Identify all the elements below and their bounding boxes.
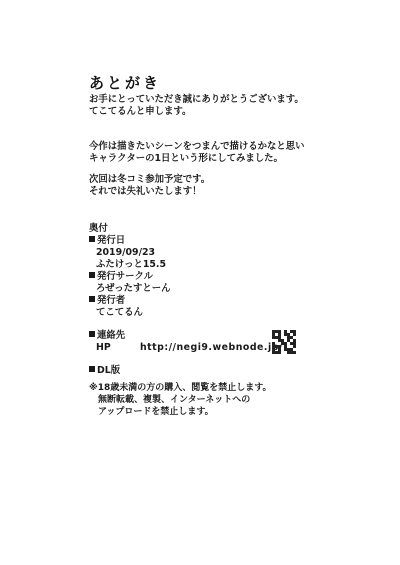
text-line: 今作は描きたいシーンをつまんで描けるかなと思い	[89, 141, 304, 153]
hp-label: HP	[89, 342, 140, 354]
dl-label-row: DL版	[89, 365, 283, 377]
text-line: 次回は冬コミ参加予定です。	[89, 174, 210, 186]
event-name: ふたけっと15.5	[89, 259, 283, 271]
square-bullet-icon	[89, 272, 95, 278]
issue-date: 2019/09/23	[89, 247, 283, 259]
issue-date-label-row: 発行日	[89, 235, 283, 247]
publisher-label: 発行者	[97, 295, 125, 306]
circle-label-row: 発行サークル	[89, 271, 283, 283]
square-bullet-icon	[89, 236, 95, 242]
afterword-paragraph-3: 次回は冬コミ参加予定です。 それでは失礼いたします！	[89, 174, 210, 198]
text-line: お手にとっていただき誠にありがとうございます。	[89, 94, 304, 106]
text-line: それでは失礼いたします！	[89, 186, 210, 198]
square-bullet-icon	[89, 366, 95, 372]
dl-label: DL版	[97, 365, 120, 376]
homepage-url: http://negi9.webnode.jp/	[140, 342, 283, 354]
text-line: てこてるんと申します。	[89, 106, 304, 118]
square-bullet-icon	[89, 296, 95, 302]
notice-line: ※18歳未満の方の購入、閲覧を禁止します。	[89, 382, 272, 394]
circle-name: ろぜったすとーん	[89, 283, 283, 295]
square-bullet-icon	[89, 331, 95, 337]
legal-notice: ※18歳未満の方の購入、閲覧を禁止します。 無断転載、複製、インターネットへの …	[89, 382, 272, 418]
afterword-paragraph-1: お手にとっていただき誠にありがとうございます。 てこてるんと申します。	[89, 94, 304, 118]
text-line: キャラクターの1日という形にしてみました。	[89, 153, 304, 165]
notice-line: 無断転載、複製、インターネットへの	[89, 394, 272, 406]
page: あとがき お手にとっていただき誠にありがとうございます。 てこてるんと申します。…	[0, 0, 400, 565]
notice-line: アップロードを禁止します。	[89, 406, 272, 418]
colophon: 奥付 発行日 2019/09/23 ふたけっと15.5 発行サークル ろぜったす…	[89, 223, 283, 377]
publisher-name: てこてるん	[89, 307, 283, 319]
publisher-label-row: 発行者	[89, 295, 283, 307]
colophon-heading: 奥付	[89, 223, 283, 235]
afterword-paragraph-2: 今作は描きたいシーンをつまんで描けるかなと思い キャラクターの1日という形にして…	[89, 141, 304, 165]
circle-label: 発行サークル	[97, 271, 153, 282]
issue-date-label: 発行日	[97, 235, 125, 246]
homepage-row: HP http://negi9.webnode.jp/	[89, 342, 283, 354]
contact-label-row: 連絡先	[89, 330, 283, 342]
afterword-title: あとがき	[89, 75, 161, 92]
qr-code-icon	[272, 330, 296, 354]
contact-label: 連絡先	[97, 330, 125, 341]
